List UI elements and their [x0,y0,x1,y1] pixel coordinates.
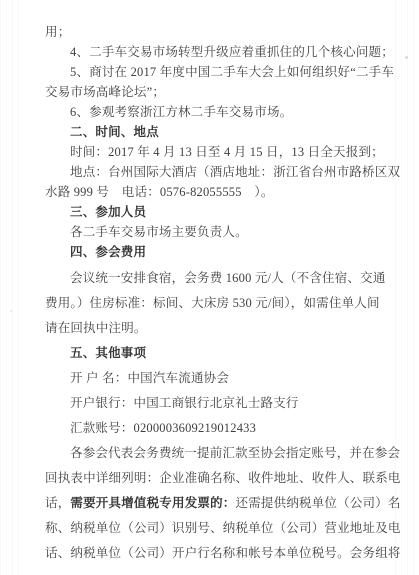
line-meeting-location: 地点：台州国际大酒店（酒店地址：浙江省台州市路桥区双 [45,162,381,182]
line-fee-continuation: 用； [45,22,381,42]
scan-artifact-right-edge [395,0,419,575]
line-invoice-note: 话，需要开具增值税专用发票的：还需提供纳税单位（公司）名 [45,491,381,516]
line-account-number: 汇款账号：0200003609219012433 [45,416,381,441]
line-meeting-time: 时间：2017 年 4 月 13 日至 4 月 15 日，13 日全天报到； [45,142,381,162]
heading-fees: 四、参会费用 [45,242,381,262]
line-bank-name: 开户银行：中国工商银行北京礼士路支行 [45,391,381,416]
scan-artifact-left-edge [0,0,24,575]
line-fee-detail-cont-2: 请在回执中注明。 [45,316,381,341]
line-remittance-note: 各参会代表会务费统一提前汇款至协会指定账号，并在参会 [45,441,381,466]
heading-time-location: 二、时间、地点 [45,122,381,142]
scan-artifact-speck [10,310,12,312]
line-account-name: 开 户 名：中国汽车流通协会 [45,366,381,391]
invoice-note-suffix: 还需提供纳税单位（公司）名 [236,496,401,510]
line-meeting-location-cont: 水路 999 号 电话：0576-82055555 ）。 [45,182,381,202]
line-remittance-note-cont-1: 回执表中详细列明：企业准确名称、收件地址、收件人、联系电 [45,466,381,491]
section-fees-other-matters: 会议统一安排食宿，会务费 1600 元/人（不含住宿、交通 费用。）住房标准：标… [45,266,381,566]
line-fee-detail-cont-1: 费用。）住房标准：标间、大床房 530 元/间），如需住单人间 [45,291,381,316]
scan-artifact-speck [405,56,408,59]
scanned-document-page: 用； 4、二手车交易市场转型升级应着重抓住的几个核心问题； 5、商讨在 2017… [0,0,419,575]
line-agenda-item-5: 5、商讨在 2017 年度中国二手车大会上如何组织好“二手车 [45,62,381,82]
line-participants: 各二手车交易市场主要负责人。 [45,222,381,242]
heading-participants: 三、参加人员 [45,202,381,222]
invoice-note-bold: 需要开具增值税专用发票的： [70,496,235,510]
line-agenda-item-5-cont: 交易市场高峰论坛”； [45,82,381,102]
document-body: 用； 4、二手车交易市场转型升级应着重抓住的几个核心问题； 5、商讨在 2017… [45,22,381,566]
line-invoice-note-cont-1: 称、纳税单位（公司）识别号、纳税单位（公司）营业地址及电 [45,516,381,541]
invoice-note-prefix: 话， [45,496,70,510]
line-invoice-note-cont-2: 话、纳税单位（公司）开户行名称和帐号本单位税号。会务组将 [45,541,381,566]
line-agenda-item-4: 4、二手车交易市场转型升级应着重抓住的几个核心问题； [45,42,381,62]
line-agenda-item-6: 6、参观考察浙江方林二手车交易市场。 [45,102,381,122]
heading-other-matters: 五、其他事项 [45,341,381,366]
section-agenda-time-attendees: 用； 4、二手车交易市场转型升级应着重抓住的几个核心问题； 5、商讨在 2017… [45,22,381,262]
line-fee-detail: 会议统一安排食宿，会务费 1600 元/人（不含住宿、交通 [45,266,381,291]
